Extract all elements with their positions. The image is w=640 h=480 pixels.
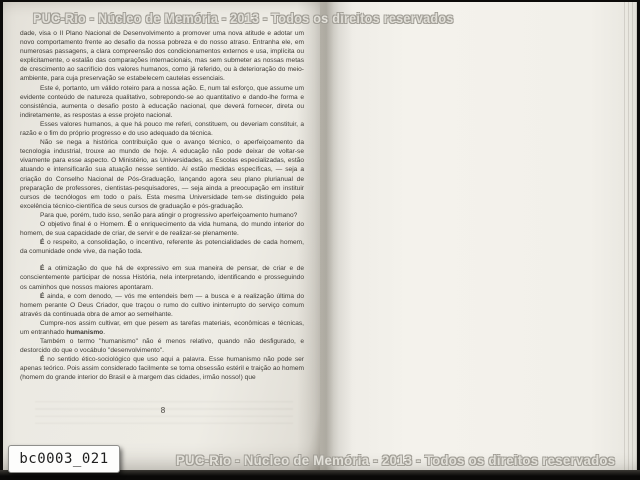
scan-id-label: bc0003_021 (8, 445, 120, 473)
left-page-text: dade, visa o II Plano Nacional de Desenv… (20, 29, 304, 383)
watermark-bottom: PUC-Rio - Núcleo de Memória - 2013 - Tod… (176, 452, 615, 468)
paragraph: É a otimização do que há de expressivo e… (20, 264, 304, 291)
paragraph: É no sentido ético-sociológico que uso a… (20, 355, 304, 382)
paragraph: Esses valores humanos, a que há pouco me… (20, 120, 304, 138)
paragraph: Para que, porém, tudo isso, senão para a… (20, 211, 304, 220)
paragraph: É ainda, e com denodo, — vós me entendei… (20, 292, 304, 319)
left-page-number: 8 (113, 406, 213, 415)
paragraph: Este é, portanto, um válido roteiro para… (20, 84, 304, 120)
book-left-page: dade, visa o II Plano Nacional de Desenv… (3, 2, 320, 470)
watermark-top: PUC-Rio - Núcleo de Memória - 2013 - Tod… (33, 10, 454, 26)
paragraph: Não se nega a histórica contribuição que… (20, 138, 304, 211)
paragraph: O objetivo final é o Homem. É o enriquec… (20, 220, 304, 238)
scan-viewer: dade, visa o II Plano Nacional de Desenv… (0, 0, 640, 480)
paragraph: Também o termo "humanismo" não é menos r… (20, 337, 304, 355)
paragraph: dade, visa o II Plano Nacional de Desenv… (20, 29, 304, 84)
scan-id-text: bc0003_021 (19, 451, 108, 467)
paragraph: Cumpre-nos assim cultivar, em que pesem … (20, 319, 304, 337)
book-right-page: necessita de educação e de melhores cond… (320, 2, 637, 470)
paragraph: É o respeito, a consolidação, o incentiv… (20, 238, 304, 256)
